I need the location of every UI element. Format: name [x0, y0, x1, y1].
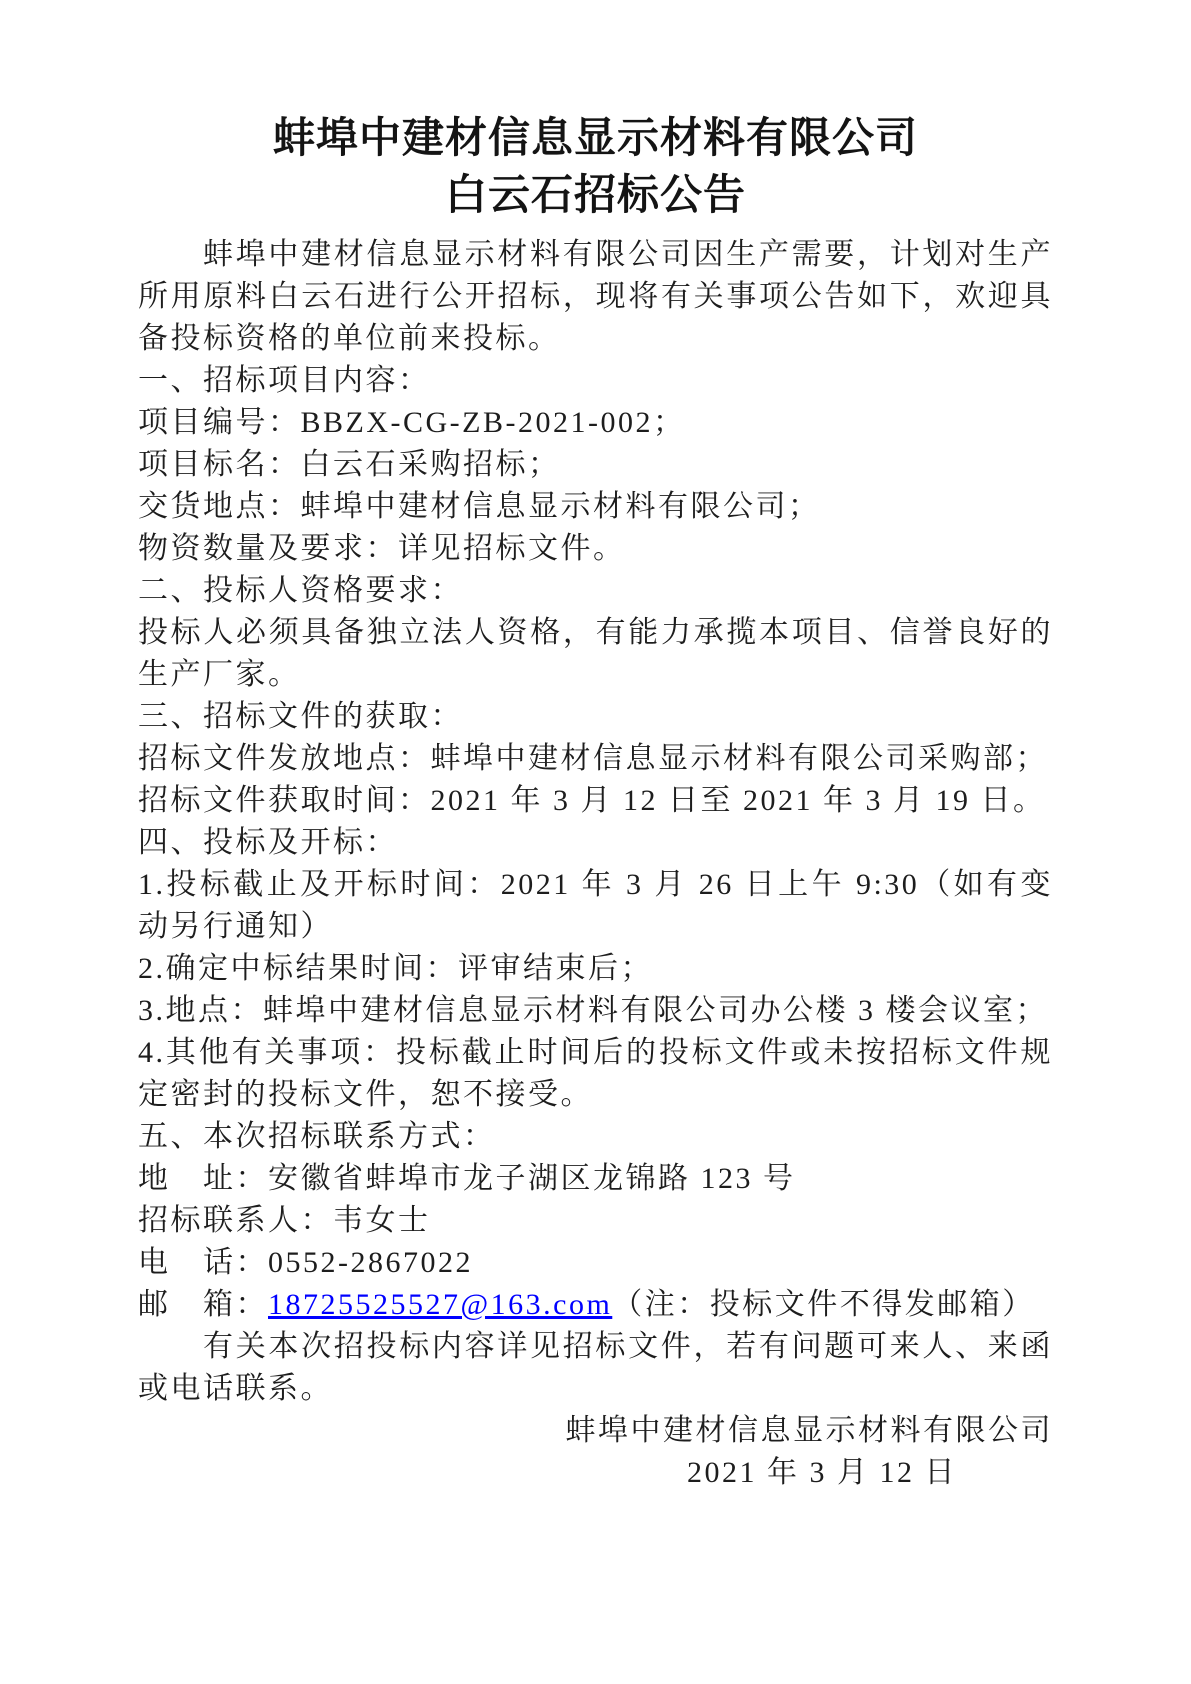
other-matters-line: 4.其他有关事项：投标截止时间后的投标文件或未按招标文件规定密封的投标文件，恕不… [138, 1032, 1053, 1116]
document-title-company: 蚌埠中建材信息显示材料有限公司 [138, 111, 1053, 168]
email-link[interactable]: 18725525527@163.com [268, 1288, 612, 1321]
section-4-heading: 四、投标及开标： [138, 822, 1053, 864]
section-5-heading: 五、本次招标联系方式： [138, 1116, 1053, 1158]
contact-person-line: 招标联系人：韦女士 [138, 1200, 1053, 1242]
closing-paragraph: 有关本次招投标内容详见招标文件，若有问题可来人、来函或电话联系。 [138, 1326, 1053, 1410]
doc-time-line: 招标文件获取时间：2021 年 3 月 12 日至 2021 年 3 月 19 … [138, 780, 1053, 822]
document-body: 蚌埠中建材信息显示材料有限公司因生产需要，计划对生产所用原料白云石进行公开招标，… [138, 234, 1053, 1494]
doc-place-line: 招标文件发放地点：蚌埠中建材信息显示材料有限公司采购部； [138, 738, 1053, 780]
intro-paragraph: 蚌埠中建材信息显示材料有限公司因生产需要，计划对生产所用原料白云石进行公开招标，… [138, 234, 1053, 360]
document-content: 蚌埠中建材信息显示材料有限公司 白云石招标公告 蚌埠中建材信息显示材料有限公司因… [0, 0, 1191, 1494]
document-title-subject: 白云石招标公告 [138, 168, 1053, 225]
email-line: 邮 箱：18725525527@163.com（注：投标文件不得发邮箱） [138, 1284, 1053, 1326]
email-note: （注：投标文件不得发邮箱） [612, 1288, 1035, 1321]
qualification-line: 投标人必须具备独立法人资格，有能力承揽本项目、信誉良好的生产厂家。 [138, 612, 1053, 696]
document-page: 蚌埠中建材信息显示材料有限公司 白云石招标公告 蚌埠中建材信息显示材料有限公司因… [0, 0, 1191, 1684]
section-3-heading: 三、招标文件的获取： [138, 696, 1053, 738]
phone-line: 电 话：0552-2867022 [138, 1242, 1053, 1284]
bid-deadline-line: 1.投标截止及开标时间：2021 年 3 月 26 日上午 9:30（如有变动另… [138, 864, 1053, 948]
quantity-line: 物资数量及要求：详见招标文件。 [138, 528, 1053, 570]
signature-company: 蚌埠中建材信息显示材料有限公司 [138, 1410, 1053, 1452]
result-time-line: 2.确定中标结果时间：评审结束后； [138, 948, 1053, 990]
delivery-place-line: 交货地点：蚌埠中建材信息显示材料有限公司； [138, 486, 1053, 528]
section-1-heading: 一、招标项目内容： [138, 360, 1053, 402]
email-label: 邮 箱： [138, 1288, 268, 1321]
project-number-line: 项目编号：BBZX-CG-ZB-2021-002； [138, 402, 1053, 444]
section-2-heading: 二、投标人资格要求： [138, 570, 1053, 612]
address-line: 地 址：安徽省蚌埠市龙子湖区龙锦路 123 号 [138, 1158, 1053, 1200]
signature-date: 2021 年 3 月 12 日 [138, 1452, 1053, 1494]
project-name-line: 项目标名：白云石采购招标； [138, 444, 1053, 486]
location-line: 3.地点：蚌埠中建材信息显示材料有限公司办公楼 3 楼会议室； [138, 990, 1053, 1032]
